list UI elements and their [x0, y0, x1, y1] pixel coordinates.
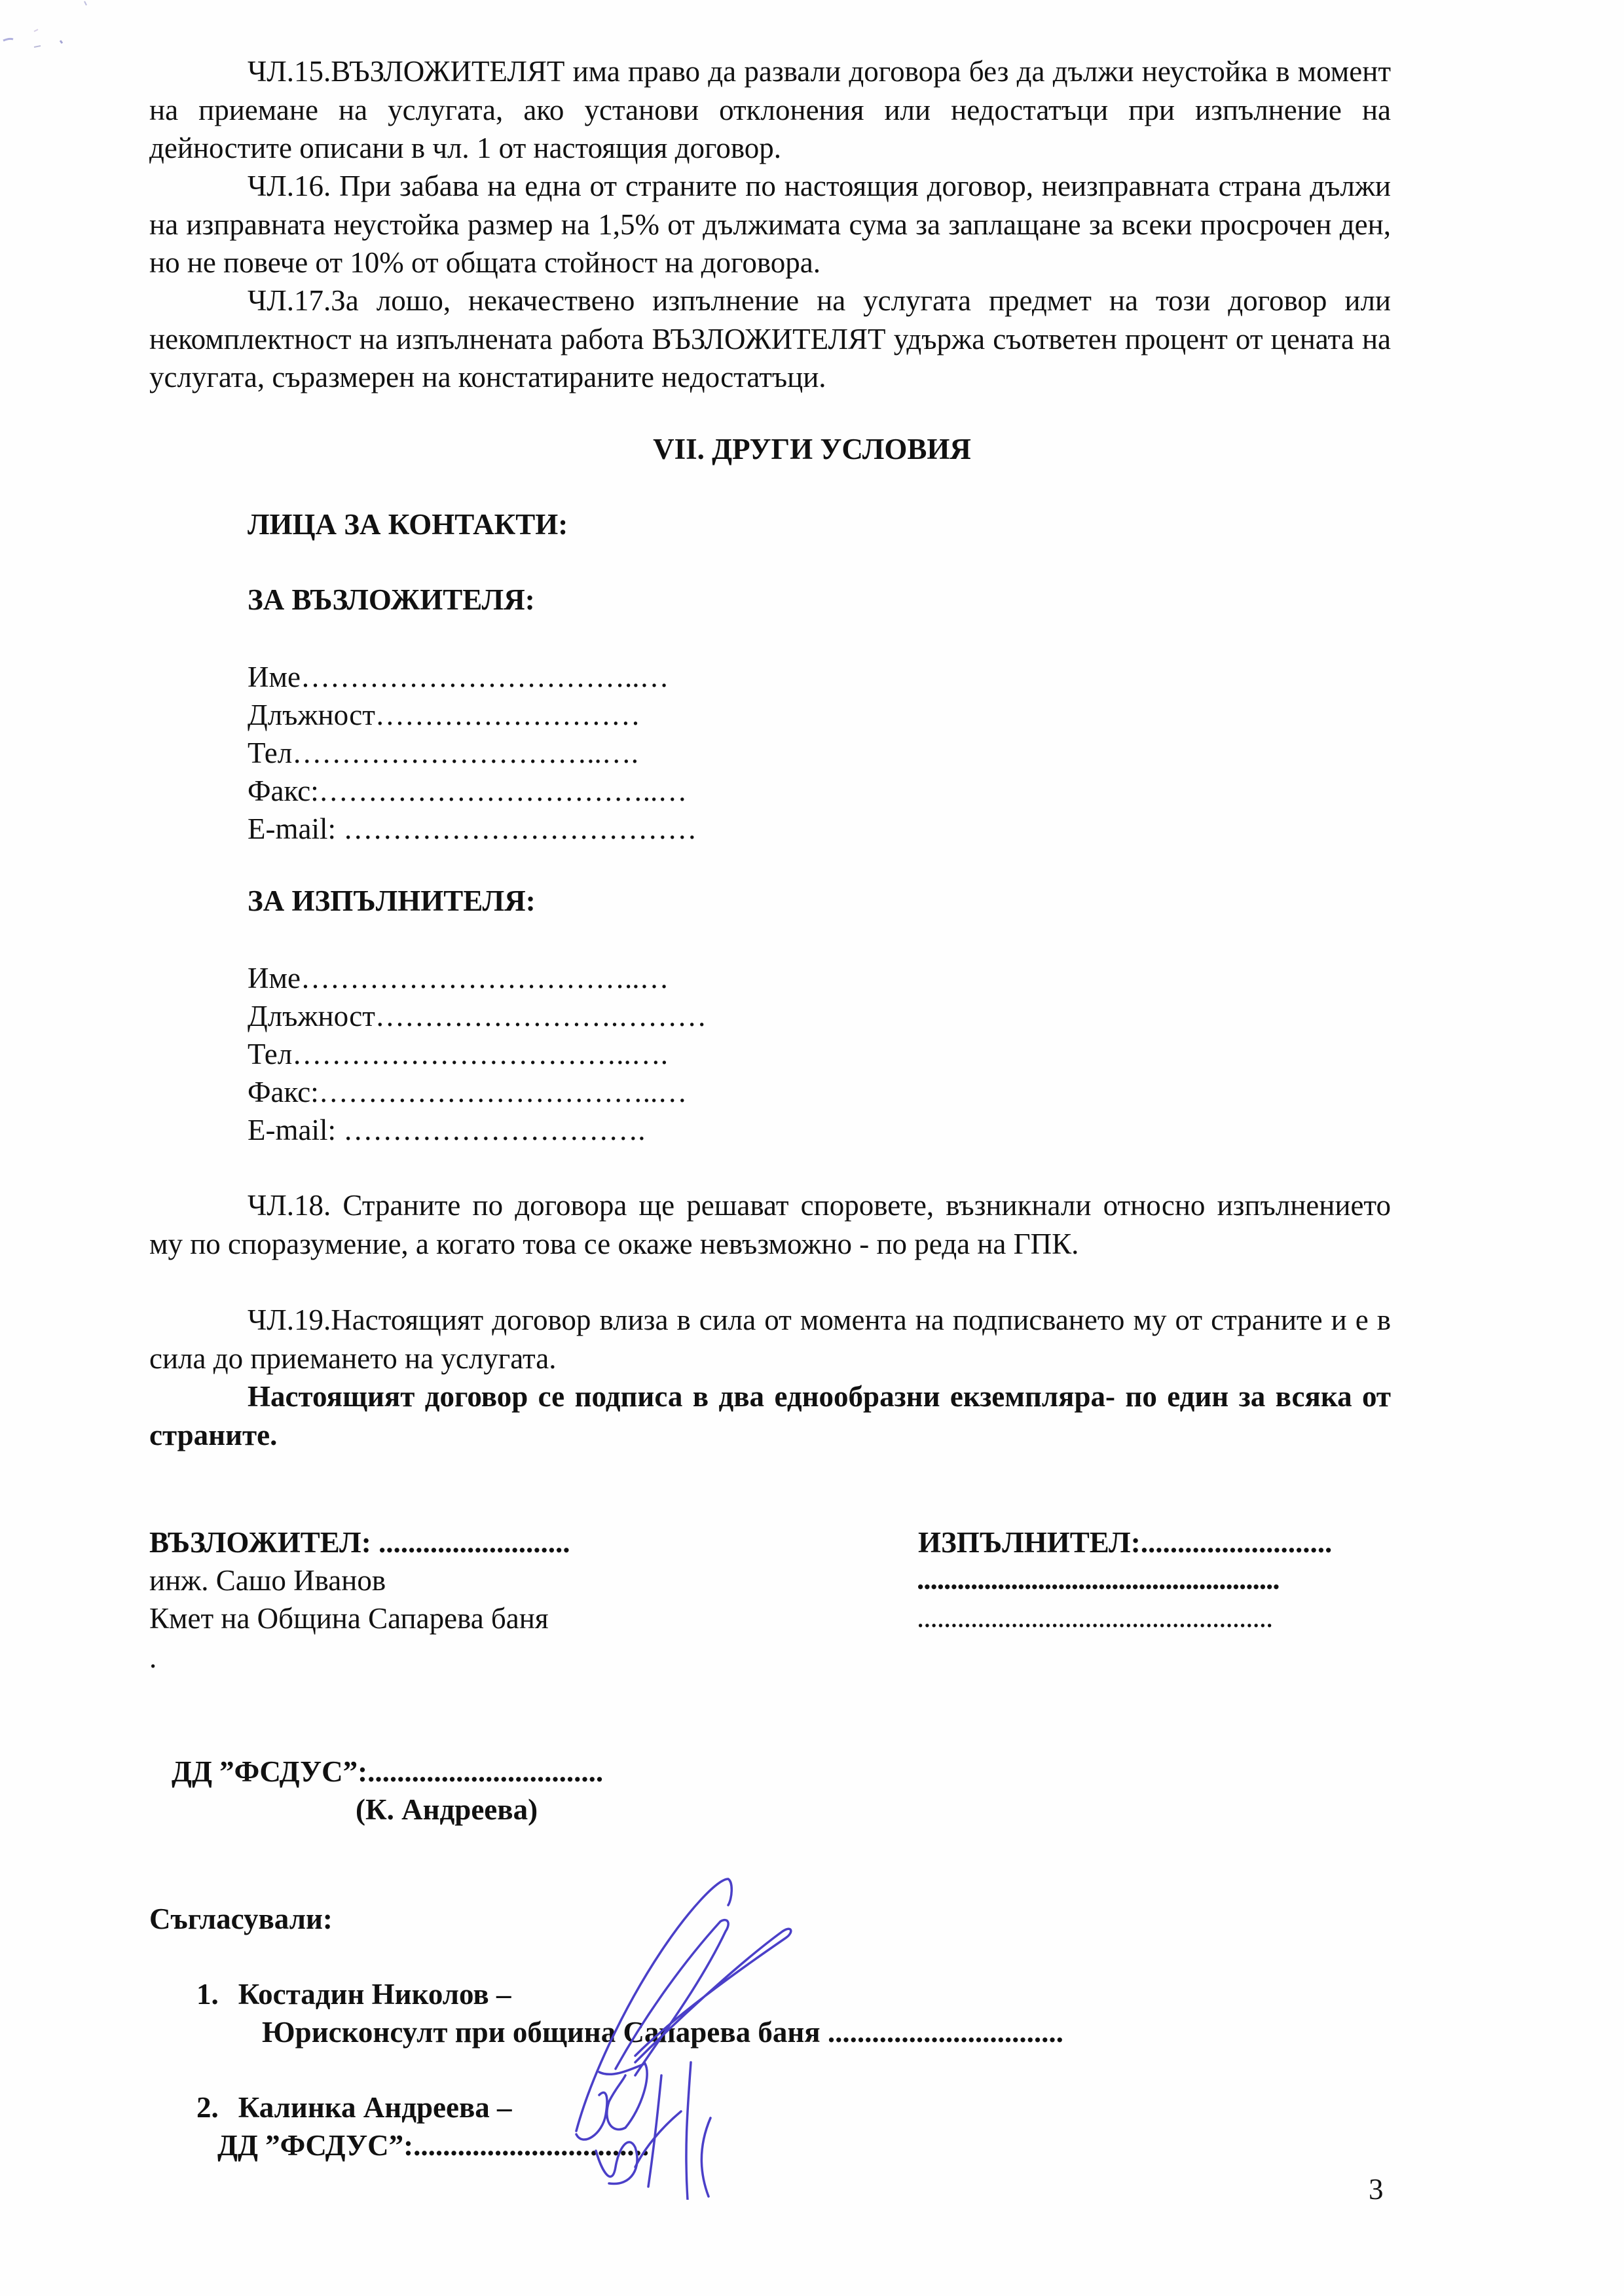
assignor-role: Кмет на Община Сапарева баня [149, 1601, 549, 1635]
approval-item-2: 2.Калинка Андреева – [196, 2090, 512, 2124]
contractor-signature-line: ИЗПЪЛНИТЕЛ:.......................... [918, 1525, 1332, 1559]
article-19-text: ЧЛ.19.Настоящият договор влиза в сила от… [149, 1303, 1391, 1375]
contractor-name-field: Име……………………………..… [248, 959, 669, 997]
article-19: ЧЛ.19.Настоящият договор влиза в сила от… [149, 1301, 1391, 1377]
section-title: VII. ДРУГИ УСЛОВИЯ [0, 432, 1624, 466]
article-17-text: ЧЛ.17.За лошо, некачествено изпълнение н… [149, 284, 1391, 393]
assignor-name-field: Име……………………………..… [248, 658, 669, 696]
approval-item-1-role: Юрисконсулт при община Сапарева баня ...… [262, 2015, 1063, 2049]
contractor-phone-field: Тел……………………………..…. [248, 1035, 668, 1073]
closing-statement: Настоящият договор се подписа в два едно… [149, 1377, 1391, 1454]
page-number: 3 [1369, 2172, 1384, 2206]
contractor-fax-field: Факс:……………………………..… [248, 1073, 687, 1111]
assignor-phone-field: Тел…………………………..…. [248, 734, 638, 772]
contractor-contacts-heading: ЗА ИЗПЪЛНИТЕЛЯ: [248, 884, 536, 918]
assignor-trailing-dot: . [149, 1641, 157, 1675]
assignor-contacts-heading: ЗА ВЪЗЛОЖИТЕЛЯ: [248, 583, 535, 617]
assignor-signature-line: ВЪЗЛОЖИТЕЛ: .......................... [149, 1525, 570, 1559]
article-18-text: ЧЛ.18. Страните по договора ще решават с… [149, 1189, 1391, 1260]
assignor-position-field: Длъжност……………………… [248, 696, 640, 734]
contractor-signature-line-2: ........................................… [917, 1562, 1280, 1596]
assignor-email-field: E-mail: ……………………………… [248, 810, 697, 848]
scan-artifact-marks [0, 0, 131, 79]
article-15-text: ЧЛ.15.ВЪЗЛОЖИТЕЛЯТ има право да развали … [149, 55, 1391, 164]
assignor-name: инж. Сашо Иванов [149, 1563, 386, 1597]
article-18: ЧЛ.18. Страните по договора ще решават с… [149, 1186, 1391, 1263]
contacts-heading: ЛИЦА ЗА КОНТАКТИ: [248, 507, 568, 541]
fsdus-signature-line: ДД ”ФСДУС”:.............................… [172, 1755, 603, 1789]
contractor-position-field: Длъжност…………………….……… [248, 997, 707, 1035]
document-page: ЧЛ.15.ВЪЗЛОЖИТЕЛЯТ има право да развали … [0, 0, 1624, 2296]
article-17: ЧЛ.17.За лошо, некачествено изпълнение н… [149, 282, 1391, 397]
contractor-signature-line-3: ........................................… [917, 1600, 1272, 1634]
fsdus-name: (К. Андреева) [356, 1793, 538, 1827]
article-16: ЧЛ.16. При забава на една от страните по… [149, 167, 1391, 282]
article-15: ЧЛ.15.ВЪЗЛОЖИТЕЛЯТ има право да развали … [149, 52, 1391, 168]
closing-text: Настоящият договор се подписа в два едно… [149, 1380, 1391, 1451]
approvals-heading: Съгласували: [149, 1902, 333, 1936]
assignor-fax-field: Факс:……………………………..… [248, 772, 687, 810]
article-16-text: ЧЛ.16. При забава на една от страните по… [149, 170, 1391, 279]
approval-item-2-role: ДД ”ФСДУС”:.............................… [217, 2128, 649, 2162]
approval-item-1: 1.Костадин Николов – [196, 1977, 511, 2011]
contractor-email-field: E-mail: …………………………. [248, 1111, 645, 1149]
